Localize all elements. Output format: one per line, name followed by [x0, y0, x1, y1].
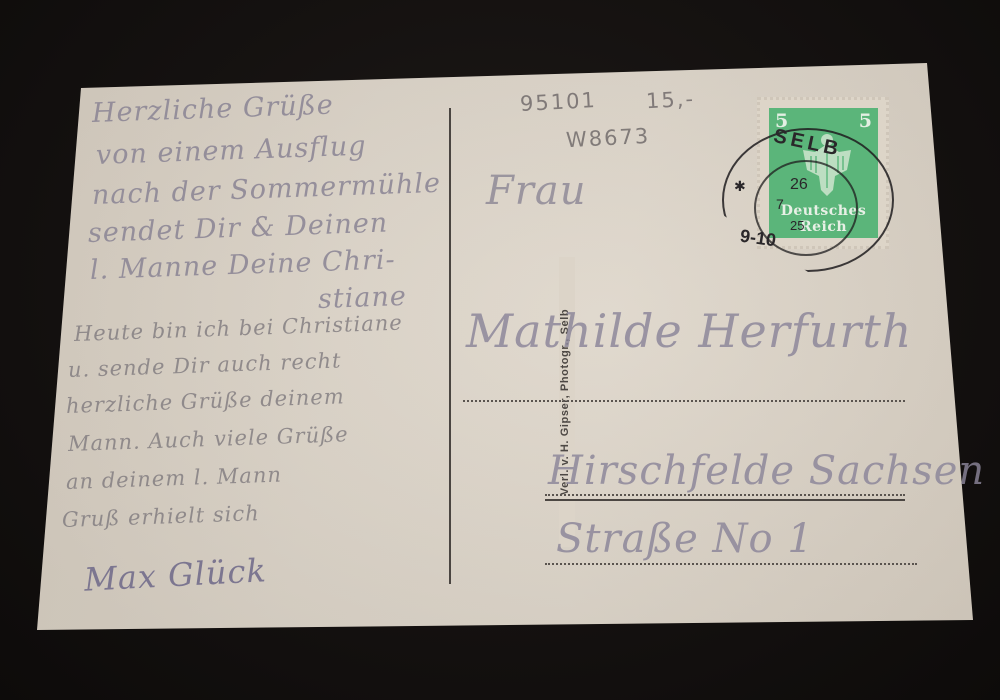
address-name: Mathilde Herfurth [466, 304, 912, 358]
postmark-month: 7 [776, 196, 784, 212]
address-line-3 [545, 563, 917, 565]
card-divider-line [449, 108, 451, 584]
address-line-2 [545, 494, 905, 496]
code-note: W8673 [565, 124, 650, 152]
city-underline [545, 499, 905, 501]
address-city: Hirschfelde Sachsen [548, 448, 985, 494]
address-line-1 [463, 400, 905, 402]
address-salutation: Frau [486, 168, 586, 214]
publisher-imprint: Verl. v. H. Gipser, Photogr., Selb [559, 257, 575, 547]
postmark-year: 25 [790, 218, 804, 233]
stamp-value-right: 5 [859, 110, 872, 132]
postmark-star-icon: ✱ [734, 178, 746, 195]
address-street: Straße No 1 [556, 516, 814, 562]
price-note: 15,- [645, 87, 695, 114]
inventory-number: 95101 [519, 88, 597, 116]
postmark-day: 26 [790, 176, 808, 194]
